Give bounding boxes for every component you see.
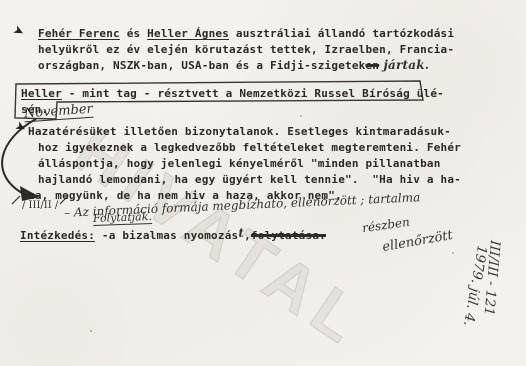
handwritten-inserted-letter: t (238, 226, 244, 240)
handwritten-margin-code: / III/II / (22, 200, 58, 211)
typed-line: Fehér Ferenc és Heller Ágnes ausztráliai… (38, 26, 454, 41)
handwritten-evaluation-line: részben (361, 215, 410, 236)
typed-text: ausztráliai állandó tartózkodási (229, 27, 454, 40)
handwritten-underlined: November (24, 102, 94, 123)
typed-line: Hazatérésüket illetően bizonytalanok. Es… (28, 124, 451, 139)
typed-text: és (120, 27, 147, 40)
typed-text: - mint tag - résztvett a Nemzetközi Russ… (62, 87, 444, 100)
typed-text: -a bizalmas nyomozás (95, 229, 238, 242)
typed-line: országban, NSZK-ban, USA-ban és a Fidji-… (38, 58, 429, 73)
handwritten-underlined: Folytatják. (93, 210, 152, 226)
handwritten-correction-folytatjak: Folytatják. (93, 210, 152, 225)
typed-line: álláspontja, hogy jelenlegi kényelméről … (38, 156, 441, 171)
typed-text: országban, NSZK-ban, USA-ban és a Fidji-… (38, 59, 365, 72)
typed-line-boxed: Heller - mint tag - résztvett a Nemzetkö… (21, 86, 444, 101)
handwritten-correction: jártak. (379, 58, 429, 72)
struck-word: folytatása. (251, 229, 326, 242)
margin-dart-icon: ➤ (10, 22, 27, 40)
typed-text: , (244, 229, 251, 242)
struck-text: en (365, 59, 379, 72)
scanned-document-page: HIVATAL ➤ ➤ Fehér Ferenc és Heller Ágnes… (0, 0, 526, 366)
underlined-name: Fehér Ferenc (38, 27, 120, 40)
underlined-name: Heller Ágnes (147, 27, 229, 40)
typed-line: hoz igyekeznek a legkedvezőbb feltételek… (38, 140, 461, 155)
paper-speck (452, 252, 454, 254)
paper-speck (300, 115, 302, 117)
underlined-label: Intézkedés: (20, 229, 95, 242)
paper-speck (90, 330, 92, 332)
handwritten-signature-scribble: ellenőrzött (381, 228, 454, 255)
typed-line: hajlandó lemondani, ha egy ügyért kell t… (38, 172, 461, 187)
typed-line-intezkedes: Intézkedés: -a bizalmas nyomozást,folyta… (20, 228, 326, 243)
underlined-name: Heller (21, 87, 62, 100)
typed-line: helyükről ez év elején körutazást tettek… (38, 42, 454, 57)
